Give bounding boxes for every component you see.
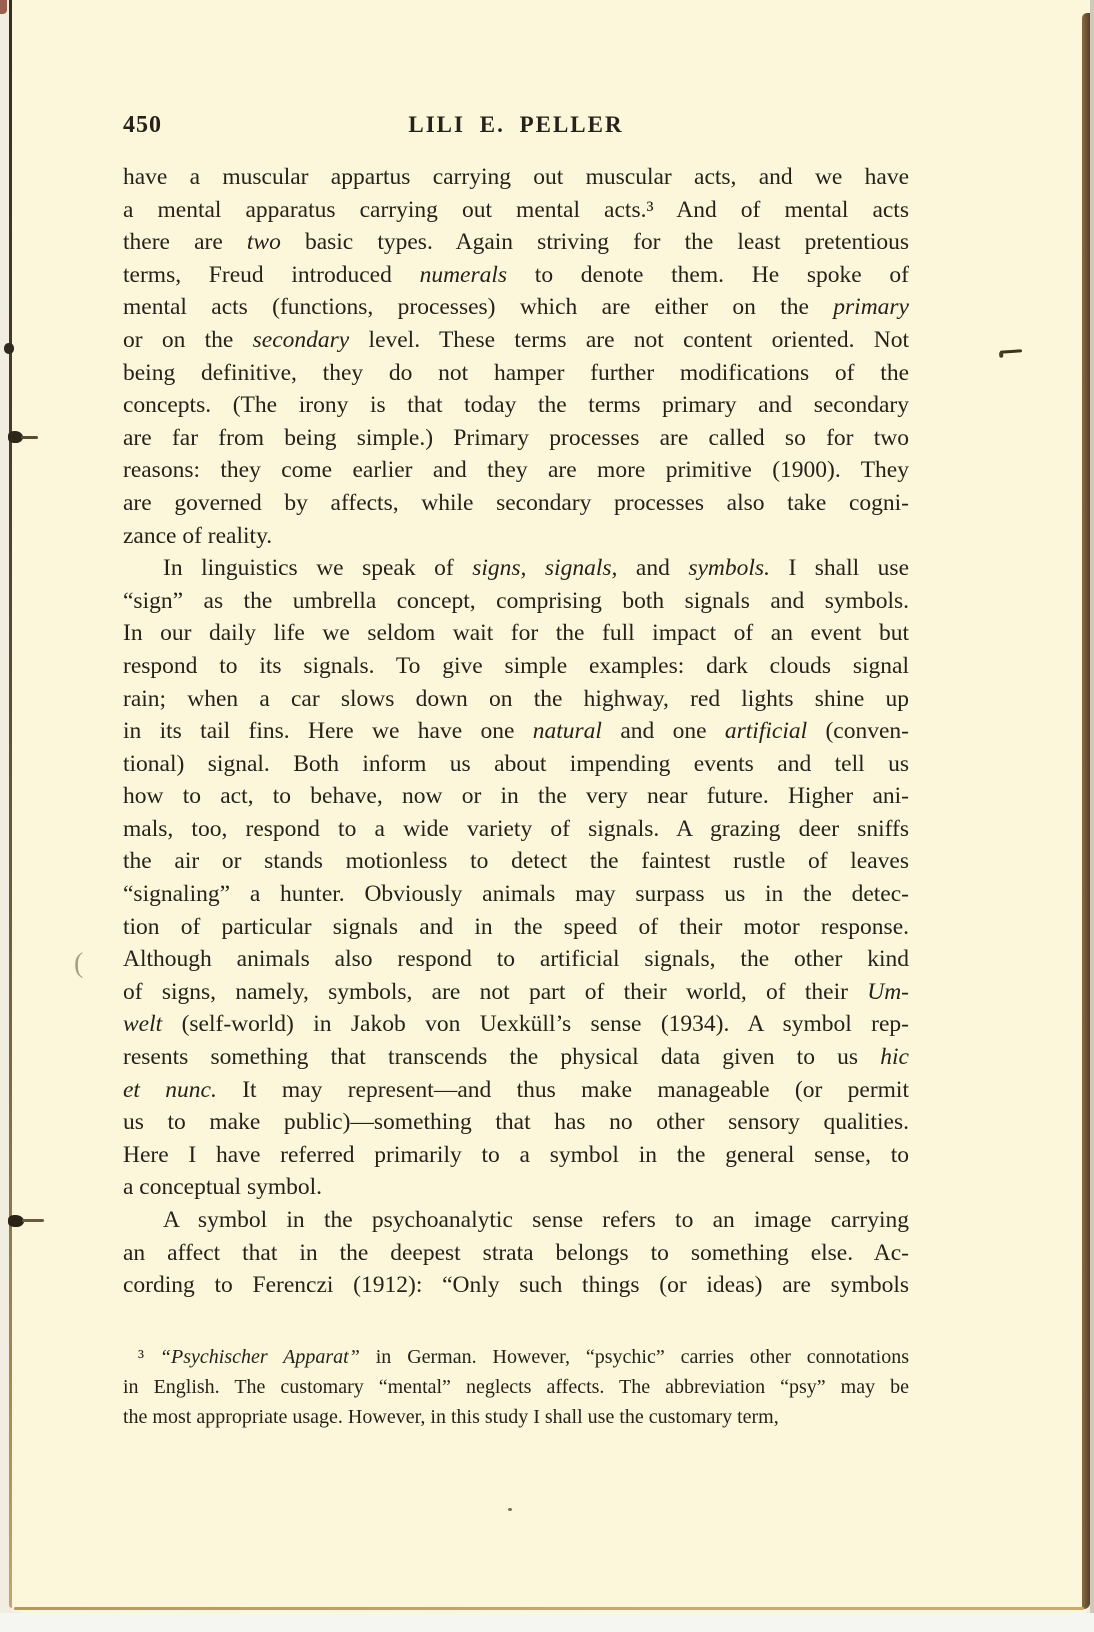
text-line: rain; when a car slows down on the highw… <box>123 683 909 716</box>
text-line: A symbol in the psychoanalytic sense ref… <box>123 1204 909 1237</box>
text-line: in English. The customary “mental” negle… <box>123 1372 909 1402</box>
text-line: et nunc. It may represent—and thus make … <box>123 1074 909 1107</box>
running-head: LILI E. PELLER <box>123 112 909 138</box>
page-bottom-edge <box>14 1607 1084 1610</box>
paren-pen-mark: ( <box>74 948 83 980</box>
text-line: welt (self-world) in Jakob von Uexküll’s… <box>123 1008 909 1041</box>
text-line: mental acts (functions, processes) which… <box>123 291 909 324</box>
text-line: ³ “Psychischer Apparat” in German. Howev… <box>123 1342 909 1372</box>
text-line: Although animals also respond to artific… <box>123 943 909 976</box>
text-line: of signs, namely, symbols, are not part … <box>123 976 909 1009</box>
text-line: cording to Ferenczi (1912): “Only such t… <box>123 1269 909 1302</box>
text-line: are far from being simple.) Primary proc… <box>123 422 909 455</box>
dust-speck <box>508 1508 512 1511</box>
footnote: ³ “Psychischer Apparat” in German. Howev… <box>123 1342 909 1432</box>
paragraph: A symbol in the psychoanalytic sense ref… <box>123 1204 909 1302</box>
text-line: In linguistics we speak of signs, signal… <box>123 552 909 585</box>
text-line: there are two basic types. Again strivin… <box>123 226 909 259</box>
scan-bottom-margin <box>0 1613 1094 1632</box>
text-line: mals, too, respond to a wide variety of … <box>123 813 909 846</box>
text-line: have a muscular appartus carrying out mu… <box>123 161 909 194</box>
body-text: have a muscular appartus carrying out mu… <box>123 161 909 1302</box>
text-line: “signaling” a hunter. Obviously animals … <box>123 878 909 911</box>
paragraph: In linguistics we speak of signs, signal… <box>123 552 909 1204</box>
pen-mark-left-top <box>4 343 14 354</box>
text-line: in its tail fins. Here we have one natur… <box>123 715 909 748</box>
text-line: In our daily life we seldom wait for the… <box>123 617 909 650</box>
text-line: tional) signal. Both inform us about imp… <box>123 748 909 781</box>
text-line: or on the secondary level. These terms a… <box>123 324 909 357</box>
pen-mark-left-upper <box>8 431 23 443</box>
text-line: a conceptual symbol. <box>123 1171 909 1204</box>
paragraph: have a muscular appartus carrying out mu… <box>123 161 909 552</box>
text-line: being definitive, they do not hamper fur… <box>123 357 909 390</box>
text-line: terms, Freud introduced numerals to deno… <box>123 259 909 292</box>
text-line: are governed by affects, while secondary… <box>123 487 909 520</box>
text-line: reasons: they come earlier and they are … <box>123 454 909 487</box>
scanned-book-page: ( 450 LILI E. PELLER have a muscular app… <box>0 0 1094 1632</box>
text-line: the most appropriate usage. However, in … <box>123 1402 909 1432</box>
text-line: a mental apparatus carrying out mental a… <box>123 194 909 227</box>
text-line: resents something that transcends the ph… <box>123 1041 909 1074</box>
page-right-edge <box>1082 13 1090 1609</box>
page-left-edge <box>9 0 12 1608</box>
pen-mark-left-lower <box>8 1215 24 1227</box>
text-line: how to act, to behave, now or in the ver… <box>123 780 909 813</box>
scan-right-gutter <box>1090 0 1094 1613</box>
text-line: an affect that in the deepest strata bel… <box>123 1237 909 1270</box>
text-line: Here I have referred primarily to a symb… <box>123 1139 909 1172</box>
text-line: us to make public)—something that has no… <box>123 1106 909 1139</box>
text-line: “sign” as the umbrella concept, comprisi… <box>123 585 909 618</box>
text-line: tion of particular signals and in the sp… <box>123 911 909 944</box>
text-line: concepts. (The irony is that today the t… <box>123 389 909 422</box>
text-line: zance of reality. <box>123 520 909 553</box>
corner-speck <box>0 0 7 14</box>
text-line: respond to its signals. To give simple e… <box>123 650 909 683</box>
text-line: the air or stands motionless to detect t… <box>123 845 909 878</box>
